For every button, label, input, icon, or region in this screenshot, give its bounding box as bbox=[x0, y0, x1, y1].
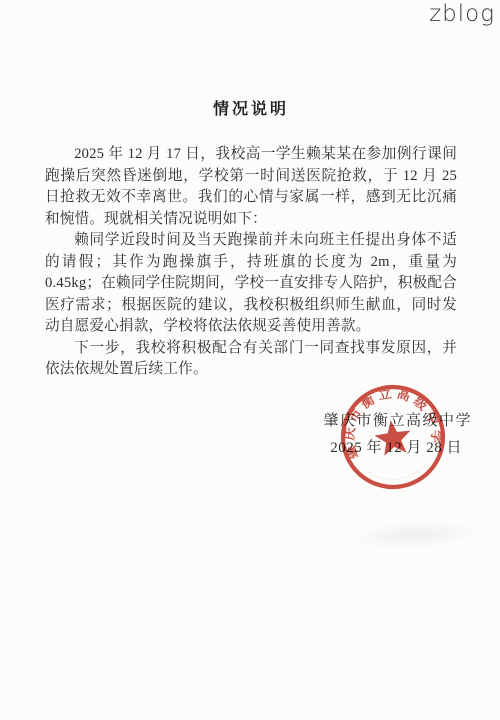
seal-code-text: ······················· bbox=[364, 459, 431, 486]
paragraph-details: 赖同学近段时间及当天跑操前并未向班主任提出身体不适的请假；其作为跑操旗手，持班旗… bbox=[45, 230, 457, 338]
document-scan: 情况说明 2025 年 12 月 17 日，我校高一学生赖某某在参加例行课间跑操… bbox=[0, 0, 500, 720]
signature-organization: 肇庆市衡立高级中学 bbox=[323, 409, 472, 430]
paragraph-next-steps: 下一步，我校将积极配合有关部门一同查找事发原因，并依法依规处置后续工作。 bbox=[45, 338, 457, 381]
scan-smudge bbox=[349, 519, 480, 552]
signature-date: 2025 年 12 月 28 日 bbox=[330, 436, 462, 457]
paragraph-incident: 2025 年 12 月 17 日，我校高一学生赖某某在参加例行课间跑操后突然昏迷… bbox=[45, 144, 457, 230]
document-title: 情况说明 bbox=[45, 100, 457, 120]
